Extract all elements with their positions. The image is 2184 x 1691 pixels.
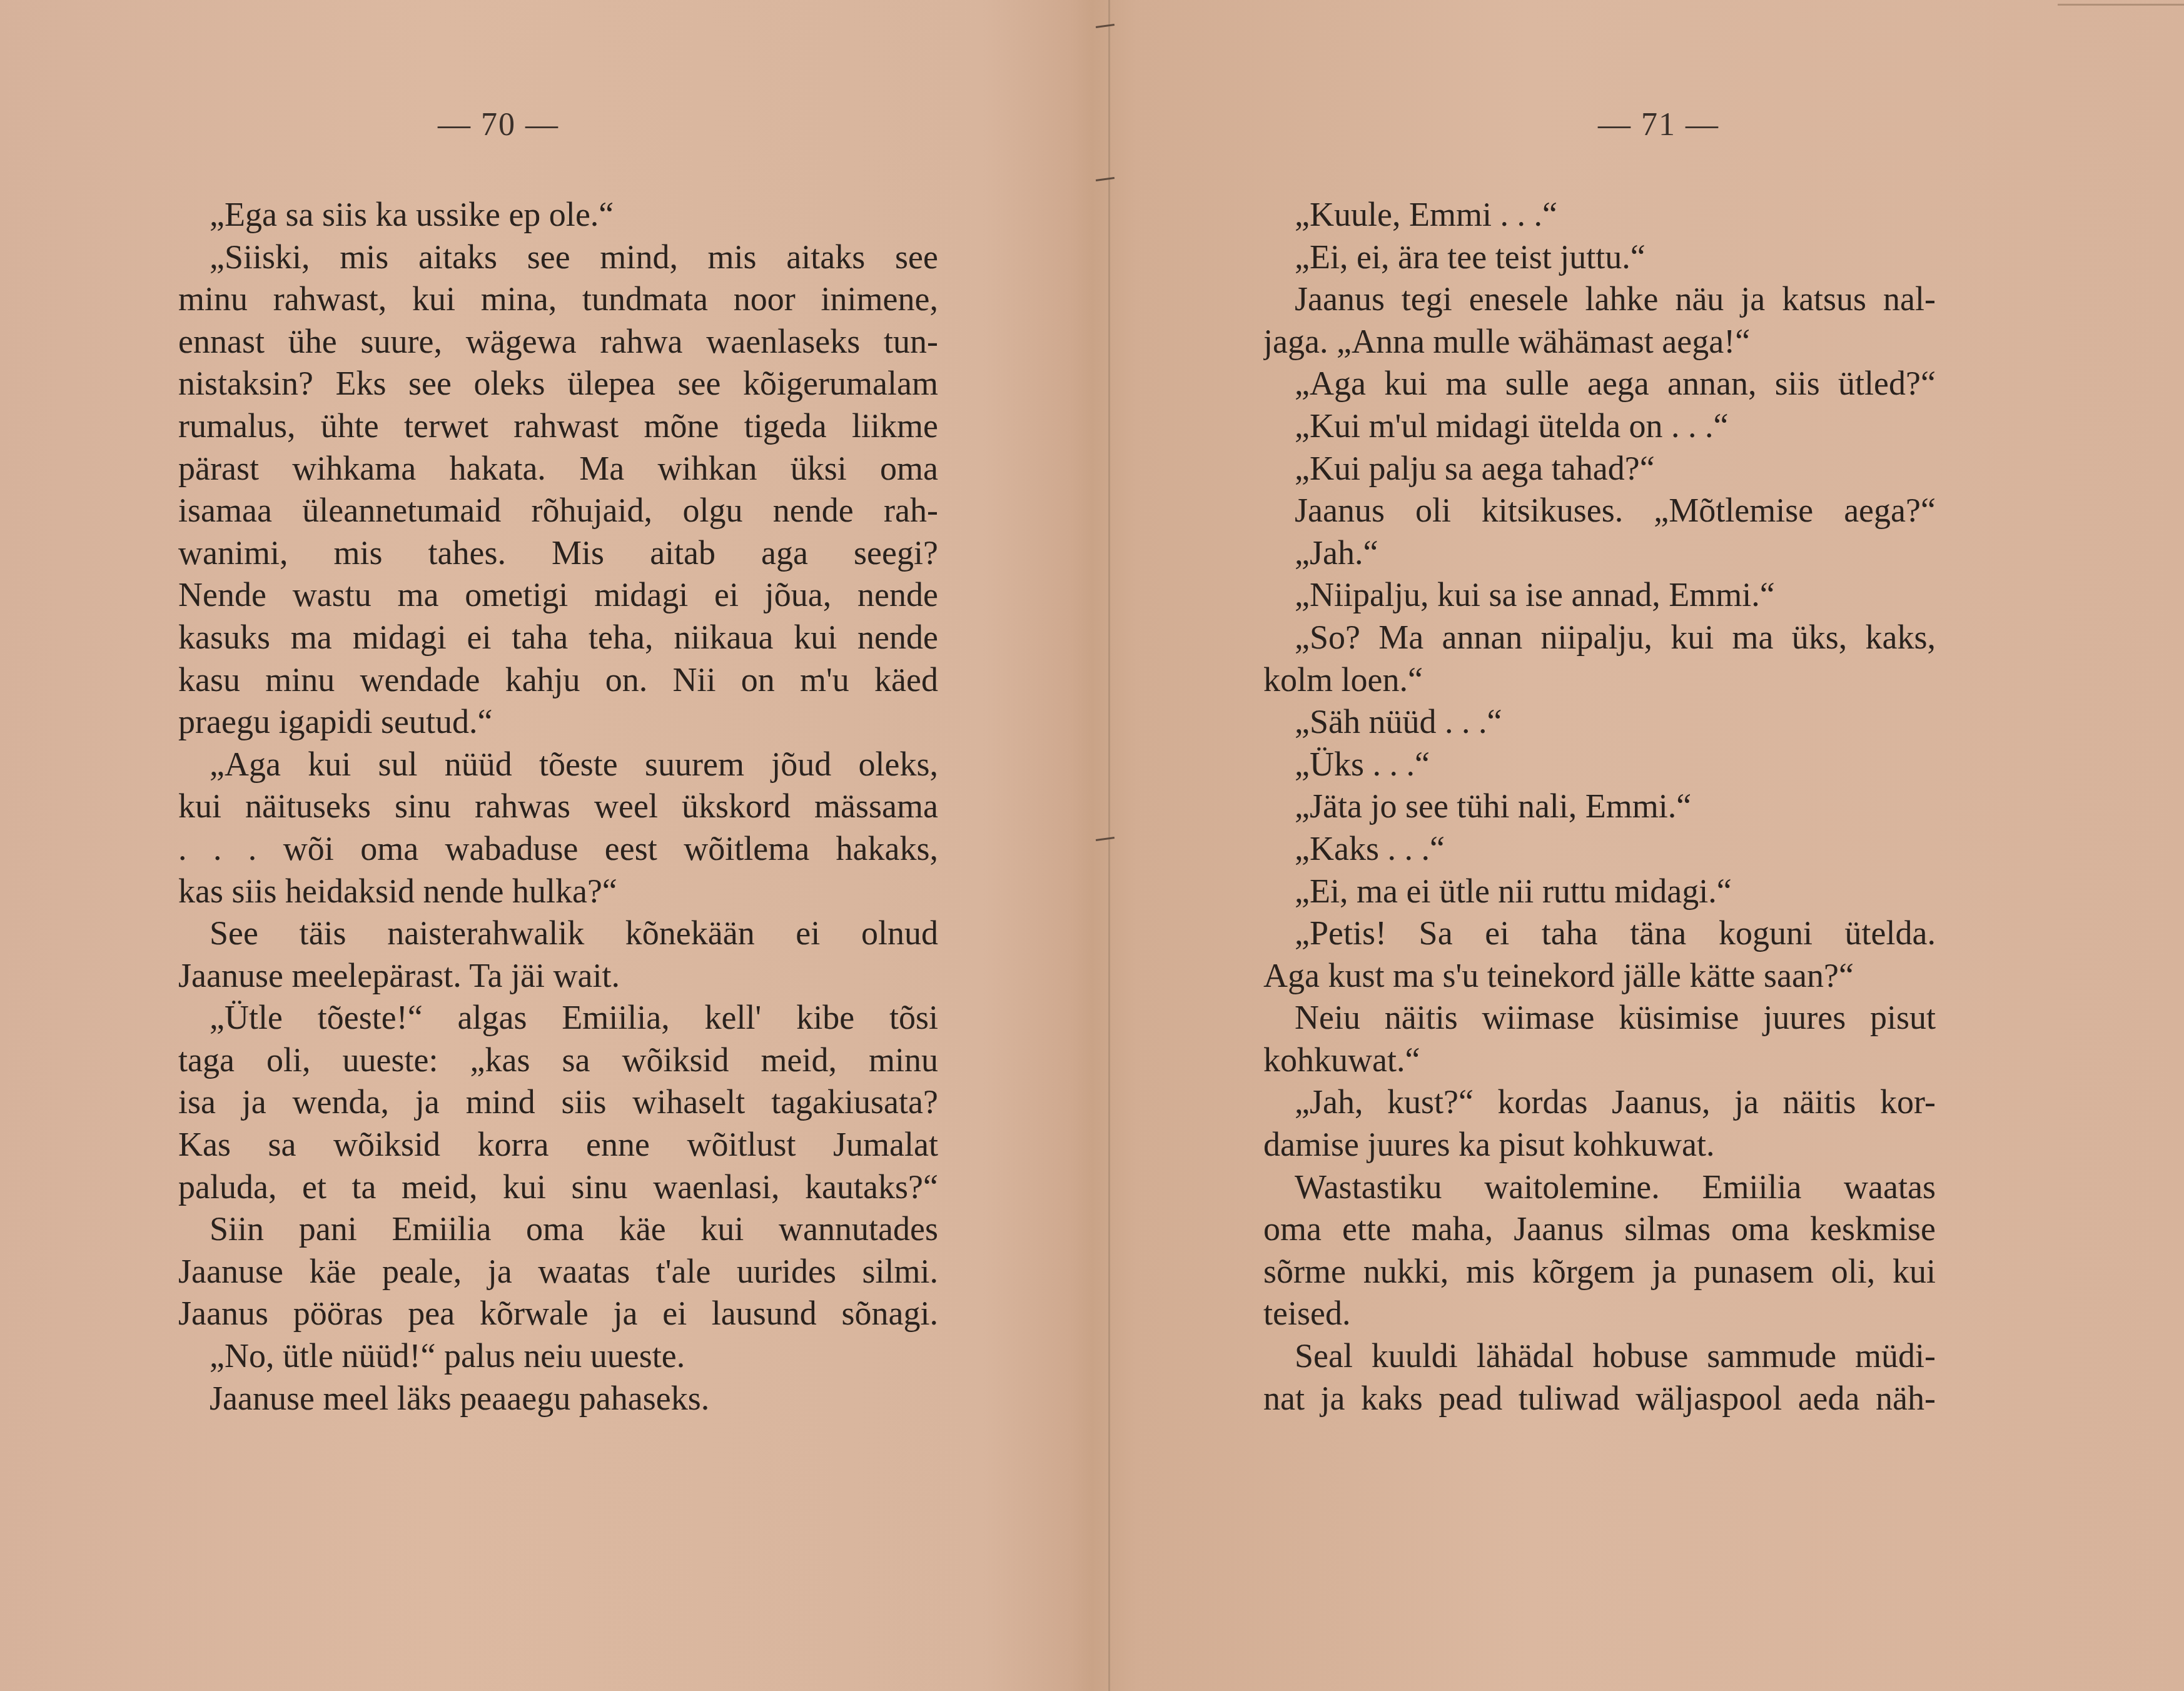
text-line: Aga kust ma s'u teinekord jälle kätte sa…	[1263, 955, 1936, 997]
text-line: kasuks ma midagi ei taha teha, niikaua k…	[178, 617, 938, 659]
text-line: „So? Ma annan niipalju, kui ma üks, kaks…	[1263, 617, 1936, 659]
text-line: „Jah, kust?“ kordas Jaanus, ja näitis ko…	[1263, 1081, 1936, 1124]
page-body-text: „Ega sa siis ka ussike ep ole.“„Siiski, …	[178, 194, 938, 1420]
text-line: „Kaks . . .“	[1263, 828, 1936, 871]
text-line: teised.	[1263, 1293, 1936, 1335]
text-line: Jaanus oli kitsikuses. „Mõtlemise aega?“	[1263, 490, 1936, 532]
page-body-text: „Kuule, Emmi . . .“„Ei, ei, ära tee teis…	[1263, 194, 1936, 1420]
text-line: kolm loen.“	[1263, 659, 1936, 702]
text-line: „Kui palju sa aega tahad?“	[1263, 448, 1936, 490]
text-line: Siin pani Emiilia oma käe kui wannutades	[178, 1208, 938, 1251]
right-page: — 71 — „Kuule, Emmi . . .“„Ei, ei, ära t…	[1110, 0, 2184, 1691]
text-line: Jaanus pööras pea kõrwale ja ei lausund …	[178, 1293, 938, 1335]
text-line: See täis naisterahwalik kõnekään ei olnu…	[178, 912, 938, 955]
text-line: „No, ütle nüüd!“ palus neiu uueste.	[178, 1335, 938, 1378]
text-line: pärast wihkama hakata. Ma wihkan üksi om…	[178, 448, 938, 490]
text-line: kasu minu wendade kahju on. Nii on m'u k…	[178, 659, 938, 702]
text-line: ennast ühe suure, wägewa rahwa waenlasek…	[178, 321, 938, 363]
text-line: „Ei, ei, ära tee teist juttu.“	[1263, 236, 1936, 279]
text-line: Seal kuuldi lähädal hobuse sammude müdi-	[1263, 1335, 1936, 1378]
text-line: rumalus, ühte terwet rahwast mõne tigeda…	[178, 405, 938, 448]
text-line: „Petis! Sa ei taha täna koguni ütelda.	[1263, 912, 1936, 955]
text-line: praegu igapidi seutud.“	[178, 701, 938, 744]
text-line: isa ja wenda, ja mind siis wihaselt taga…	[178, 1081, 938, 1124]
text-line: sõrme nukki, mis kõrgem ja punasem oli, …	[1263, 1251, 1936, 1293]
text-line: Wastastiku waitolemine. Emiilia waatas	[1263, 1166, 1936, 1209]
text-line: „Siiski, mis aitaks see mind, mis aitaks…	[178, 236, 938, 279]
text-line: kui näituseks sinu rahwas weel ükskord m…	[178, 785, 938, 828]
text-line: Jaanuse meelepärast. Ta jäi wait.	[178, 955, 938, 997]
text-line: Kas sa wõiksid korra enne wõitlust Jumal…	[178, 1124, 938, 1166]
text-line: „Ütle tõeste!“ algas Emiilia, kell' kibe…	[178, 997, 938, 1039]
page-number: — 70 —	[438, 106, 559, 143]
text-line: „Jah.“	[1263, 532, 1936, 575]
text-line: „Ei, ma ei ütle nii ruttu midagi.“	[1263, 871, 1936, 913]
text-line: Nende wastu ma ometigi midagi ei jõua, n…	[178, 574, 938, 617]
text-line: Jaanuse käe peale, ja waatas t'ale uurid…	[178, 1251, 938, 1293]
text-line: taga oli, uueste: „kas sa wõiksid meid, …	[178, 1039, 938, 1082]
text-line: oma ette maha, Jaanus silmas oma keskmis…	[1263, 1208, 1936, 1251]
text-line: . . . wõi oma wabaduse eest wõitlema hak…	[178, 828, 938, 871]
left-page: — 70 — „Ega sa siis ka ussike ep ole.“„S…	[0, 0, 1108, 1691]
text-line: paluda, et ta meid, kui sinu waenlasi, k…	[178, 1166, 938, 1209]
text-line: minu rahwast, kui mina, tundmata noor in…	[178, 278, 938, 321]
text-line: „Jäta jo see tühi nali, Emmi.“	[1263, 785, 1936, 828]
text-line: kohkuwat.“	[1263, 1039, 1936, 1082]
book-spread: — 70 — „Ega sa siis ka ussike ep ole.“„S…	[0, 0, 2184, 1691]
text-line: damise juures ka pisut kohkuwat.	[1263, 1124, 1936, 1166]
text-line: „Üks . . .“	[1263, 744, 1936, 786]
text-line: „Aga kui sul nüüd tõeste suurem jõud ole…	[178, 744, 938, 786]
text-line: jaga. „Anna mulle wähämast aega!“	[1263, 321, 1936, 363]
text-line: „Ega sa siis ka ussike ep ole.“	[178, 194, 938, 236]
text-line: Jaanus tegi enesele lahke näu ja katsus …	[1263, 278, 1936, 321]
text-line: „Kuule, Emmi . . .“	[1263, 194, 1936, 236]
text-line: Jaanuse meel läks peaaegu pahaseks.	[178, 1378, 938, 1420]
page-number: — 71 —	[1598, 106, 1719, 143]
text-line: „Niipalju, kui sa ise annad, Emmi.“	[1263, 574, 1936, 617]
text-line: wanimi, mis tahes. Mis aitab aga seegi?	[178, 532, 938, 575]
text-line: nistaksin? Eks see oleks ülepea see kõig…	[178, 363, 938, 405]
text-line: Neiu näitis wiimase küsimise juures pisu…	[1263, 997, 1936, 1039]
text-line: „Säh nüüd . . .“	[1263, 701, 1936, 744]
text-line: isamaa üleannetumaid rõhujaid, olgu nend…	[178, 490, 938, 532]
text-line: „Aga kui ma sulle aega annan, siis ütled…	[1263, 363, 1936, 405]
text-line: nat ja kaks pead tuliwad wäljaspool aeda…	[1263, 1378, 1936, 1420]
text-line: „Kui m'ul midagi ütelda on . . .“	[1263, 405, 1936, 448]
text-line: kas siis heidaksid nende hulka?“	[178, 871, 938, 913]
